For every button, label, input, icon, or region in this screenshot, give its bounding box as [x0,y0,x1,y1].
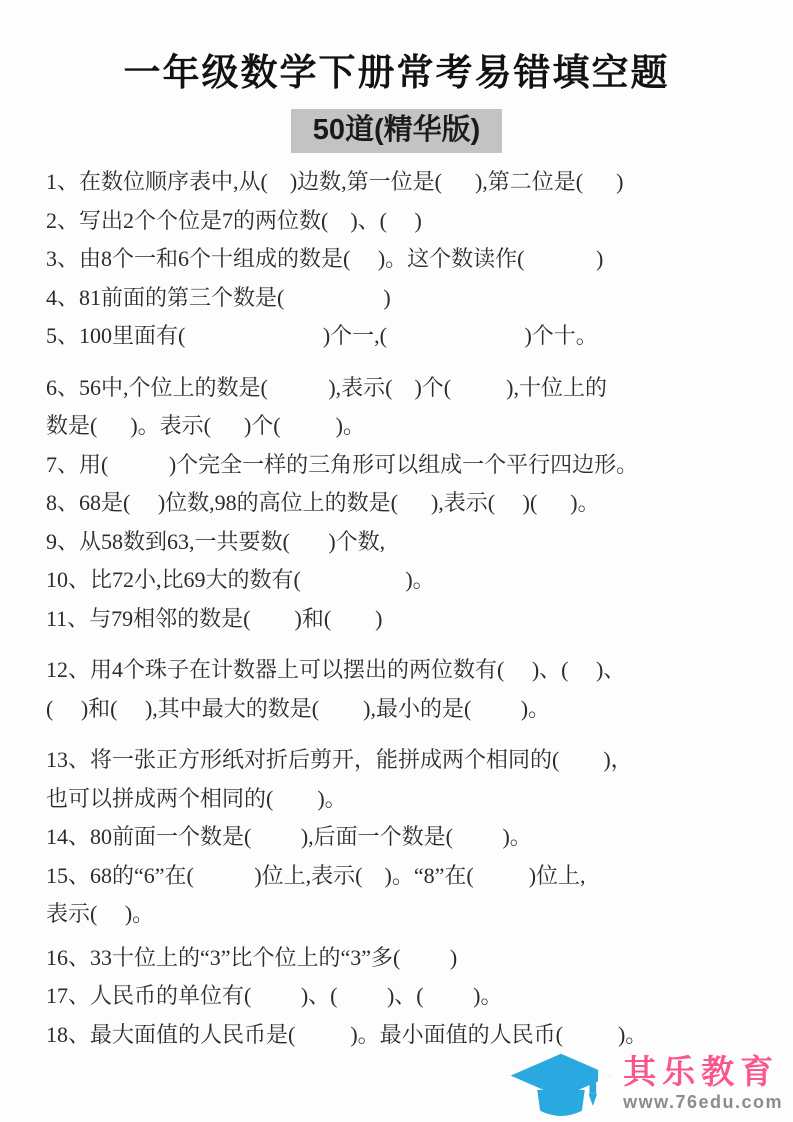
question-2: 2、写出2个个位是7的两位数( )、( ) [46,202,771,241]
subtitle-row: 50道(精华版) [0,109,793,153]
graduation-cap-icon [505,1050,617,1122]
page-title: 一年级数学下册常考易错填空题 [10,52,783,94]
worksheet-page: 一年级数学下册常考易错填空题 50道(精华版) 1、在数位顺序表中,从( )边数… [0,52,793,1054]
question-3: 3、由8个一和6个十组成的数是( )。这个数读作( ) [46,240,771,279]
question-7: 7、用( )个完全一样的三角形可以组成一个平行四边形。 [46,446,771,485]
watermark-text: 其乐教育 www.76edu.com [623,1055,783,1112]
question-9: 9、从58数到63,一共要数( )个数, [46,523,771,562]
question-14: 14、80前面一个数是( ),后面一个数是( )。 [46,818,771,857]
question-6: 6、56中,个位上的数是( ),表示( )个( ),十位上的 数是( )。表示(… [46,369,771,446]
question-8: 8、68是( )位数,98的高位上的数是( ),表示( )( )。 [46,484,771,523]
brand-name: 其乐教育 [623,1055,779,1089]
question-13: 13、将一张正方形纸对折后剪开，能拼成两个相同的( )， 也可以拼成两个相同的(… [46,741,771,818]
question-1: 1、在数位顺序表中,从( )边数,第一位是( ),第二位是( ) [46,163,771,202]
question-17: 17、人民币的单位有( )、( )、( )。 [46,977,771,1016]
question-15: 15、68的“6”在( )位上,表示( )。“8”在( )位上, 表示( )。 [46,857,771,934]
brand-url: www.76edu.com [623,1092,783,1112]
subtitle-badge: 50道(精华版) [291,109,503,153]
question-10: 10、比72小,比69大的数有( )。 [46,561,771,600]
question-11: 11、与79相邻的数是( )和( ) [46,600,771,639]
question-16: 16、33十位上的“3”比个位上的“3”多( ) [46,939,771,978]
question-18: 18、最大面值的人民币是( )。最小面值的人民币( )。 [46,1016,771,1055]
question-4: 4、81前面的第三个数是( ) [46,279,771,318]
watermark: 其乐教育 www.76edu.com [505,1050,783,1112]
questions-list: 1、在数位顺序表中,从( )边数,第一位是( ),第二位是( ) 2、写出2个个… [0,163,793,1054]
question-5: 5、100里面有( )个一,( )个十。 [46,317,771,356]
question-12: 12、用4个珠子在计数器上可以摆出的两位数有( )、( )、 ( )和( ),其… [46,651,771,728]
